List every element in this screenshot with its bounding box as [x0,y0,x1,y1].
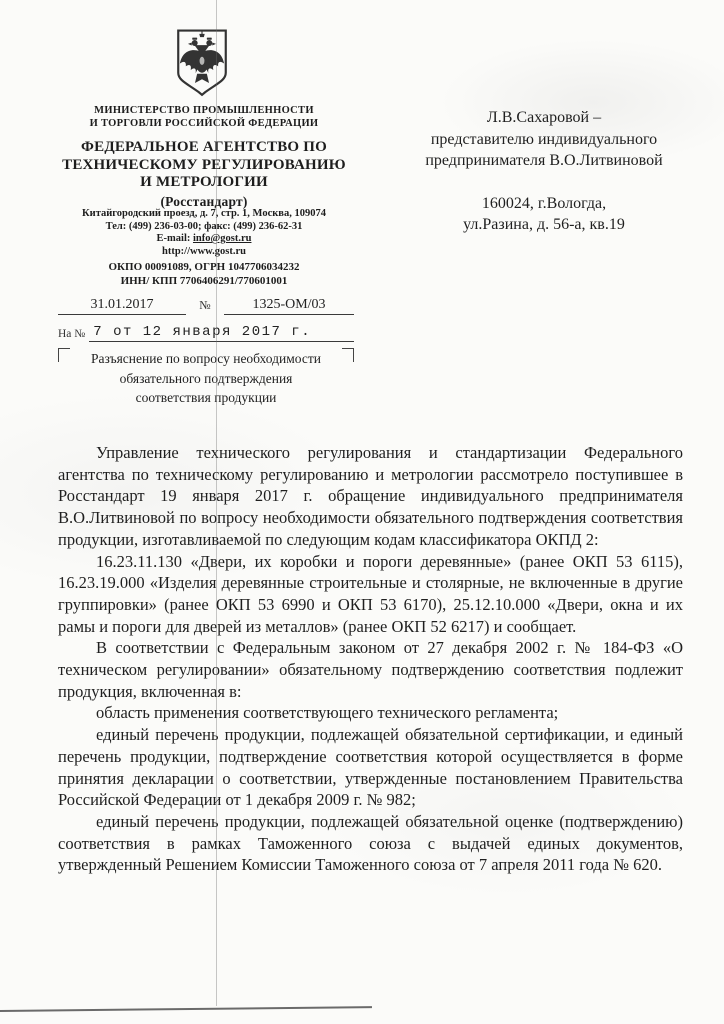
left-corner-bracket-icon [58,348,70,362]
email-address: info@gost.ru [193,233,251,244]
scan-bottom-edge-line [0,1006,372,1012]
website-url: http://www.gost.ru [44,246,364,259]
number-sign-label: № [186,298,224,315]
recipient-address-line2: ул.Разина, д. 56-а, кв.19 [385,214,703,236]
reply-to-label: На № [58,328,89,342]
subject-block: Разъяснение по вопросу необходимости обя… [58,346,354,410]
email-line: E-mail: info@gost.ru [44,233,364,246]
body-paragraph: область применения соответствующего техн… [58,702,683,724]
letterhead-block: МИНИСТЕРСТВО ПРОМЫШЛЕННОСТИ И ТОРГОВЛИ Р… [44,104,364,210]
body-paragraph: Управление технического регулирования и … [58,442,683,551]
body-paragraph: единый перечень продукции, подлежащей об… [58,811,683,876]
letter-body: Управление технического регулирования и … [58,442,683,876]
postal-address: Китайгородский проезд, д. 7, стр. 1, Мос… [44,208,364,221]
recipient-role-line1: представителю индивидуального [385,129,703,151]
outgoing-reference-row: 31.01.2017 № 1325-ОМ/03 [58,297,354,315]
scanned-letter-page: МИНИСТЕРСТВО ПРОМЫШЛЕННОСТИ И ТОРГОВЛИ Р… [0,0,724,1024]
letter-number: 1325-ОМ/03 [224,297,354,315]
ministry-name-line2: И ТОРГОВЛИ РОССИЙСКОЙ ФЕДЕРАЦИИ [44,117,364,130]
body-paragraph: В соответствии с Федеральным законом от … [58,637,683,702]
right-corner-bracket-icon [342,348,354,362]
agency-name-line2: ТЕХНИЧЕСКОМУ РЕГУЛИРОВАНИЮ [44,157,364,175]
vertical-fold-line [216,0,217,1006]
russian-coat-of-arms-icon [175,28,229,98]
okpo-ogrn: ОКПО 00091089, ОГРН 1047706034232 [44,261,364,275]
recipient-block: Л.В.Сахаровой – представителю индивидуал… [385,107,703,236]
incoming-reference-row: На № 7 от 12 января 2017 г. [58,324,354,342]
body-paragraph: 16.23.11.130 «Двери, их коробки и пороги… [58,551,683,638]
body-paragraph: единый перечень продукции, подлежащей об… [58,724,683,811]
agency-name-line1: ФЕДЕРАЛЬНОЕ АГЕНТСТВО ПО [44,139,364,157]
contact-block: Китайгородский проезд, д. 7, стр. 1, Мос… [44,208,364,258]
registration-codes-block: ОКПО 00091089, ОГРН 1047706034232 ИНН/ К… [44,261,364,288]
letter-date: 31.01.2017 [58,297,186,315]
recipient-name: Л.В.Сахаровой – [385,107,703,129]
recipient-address-line1: 160024, г.Вологда, [385,193,703,215]
inn-kpp: ИНН/ КПП 7706406291/770601001 [44,275,364,289]
subject-line1: Разъяснение по вопросу необходимости [72,349,340,369]
subject-line2: обязательного подтверждения [72,369,340,389]
ministry-name-line1: МИНИСТЕРСТВО ПРОМЫШЛЕННОСТИ [44,104,364,117]
reply-to-value: 7 от 12 января 2017 г. [89,324,354,342]
email-label: E-mail: [157,233,193,244]
recipient-role-line2: предпринимателя В.О.Литвиновой [385,150,703,172]
phone-fax: Тел: (499) 236-03-00; факс: (499) 236-62… [44,221,364,234]
agency-name-line3: И МЕТРОЛОГИИ [44,174,364,192]
subject-line3: соответствия продукции [72,388,340,408]
